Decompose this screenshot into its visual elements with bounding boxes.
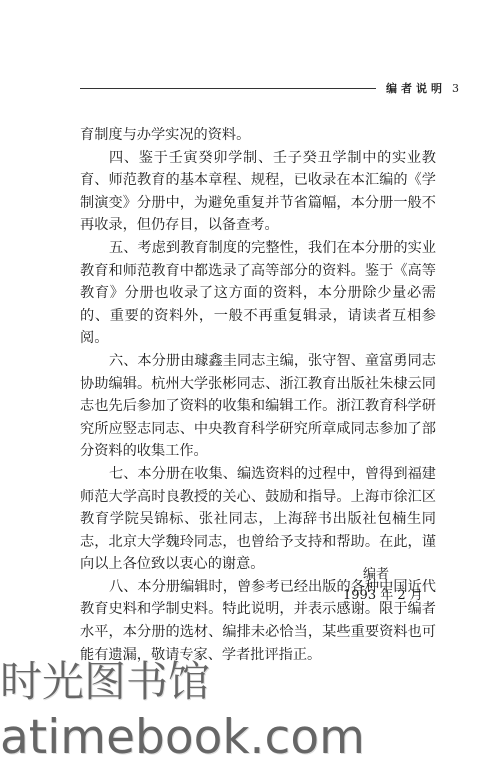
- paragraph-4: 四、鉴于壬寅癸卯学制、壬子癸丑学制中的实业教育、师范教育的基本章程、规程，已收录…: [80, 147, 436, 237]
- signature-author: 编者: [363, 564, 389, 586]
- paragraph-7: 七、本分册在收集、编选资料的过程中，曾得到福建师范大学高时良教授的关心、鼓励和指…: [80, 463, 436, 576]
- signature-date: 1993 年 2 月: [343, 585, 423, 607]
- paragraph-continued: 育制度与办学实况的资料。: [80, 124, 436, 147]
- page-number: 3: [452, 82, 459, 95]
- watermark-name: 时光图书馆: [0, 655, 210, 709]
- running-head: 编者说明3: [386, 80, 459, 96]
- section-title: 编者说明: [386, 82, 446, 95]
- paragraph-6: 六、本分册由璩鑫圭同志主编，张守智、童富勇同志协助编辑。杭州大学张彬同志、浙江教…: [80, 350, 436, 463]
- paragraph-5: 五、考虑到教育制度的完整性，我们在本分册的实业教育和师范教育中都选录了高等部分的…: [80, 237, 436, 350]
- watermark-url: atimebook.com: [0, 708, 365, 768]
- header-rule: [80, 88, 376, 89]
